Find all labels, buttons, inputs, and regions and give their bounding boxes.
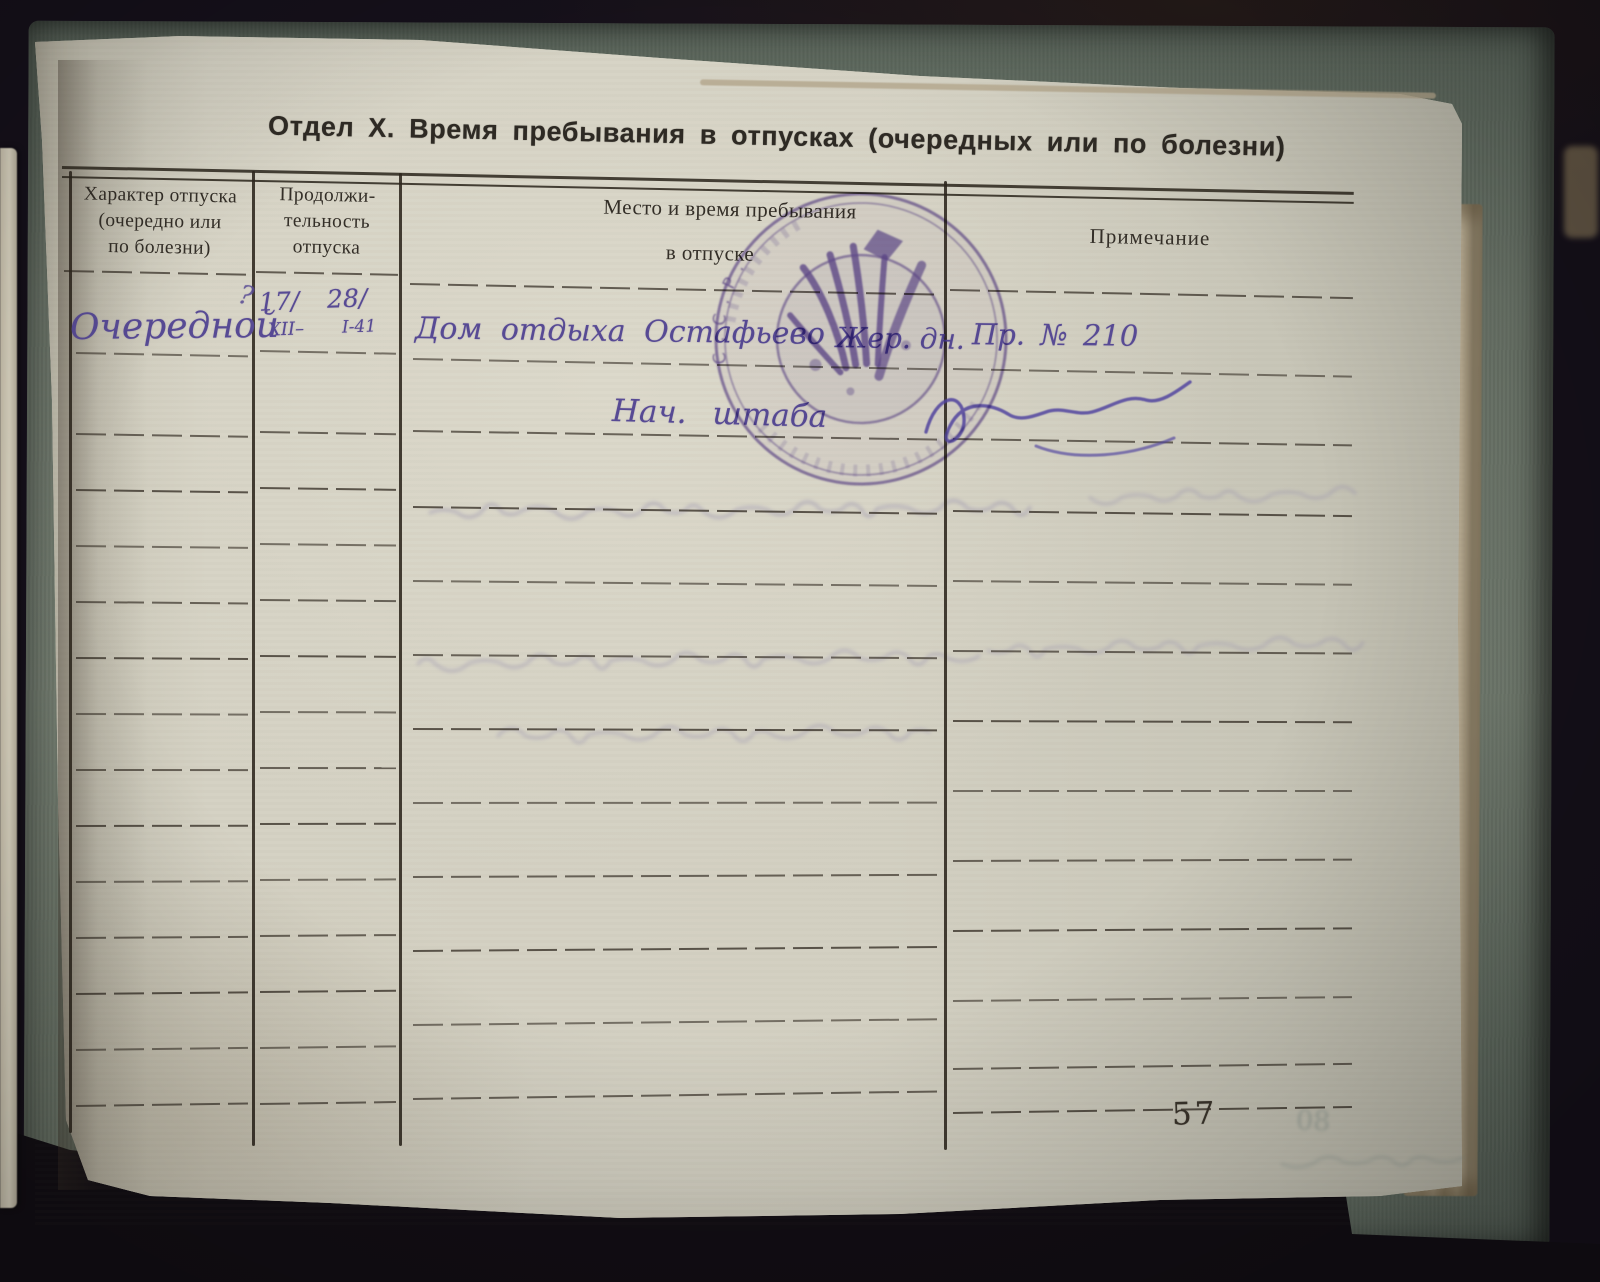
table-rule-line xyxy=(260,487,396,491)
table-rule-line xyxy=(953,720,1352,723)
table-rule-line xyxy=(76,769,248,771)
table-rule-line xyxy=(260,823,396,825)
header-line: Характер отпуска xyxy=(70,181,250,210)
table-rule-line xyxy=(413,728,940,731)
table-rule-line xyxy=(260,1101,396,1105)
column-header-duration: Продолжи- тельность отпуска xyxy=(257,182,396,263)
table-rule-line xyxy=(76,713,248,716)
table-rule-line xyxy=(76,433,248,438)
table-rule-line xyxy=(413,506,940,515)
table-rule-line xyxy=(76,991,248,995)
entry-duration-from-month: XII– xyxy=(268,318,305,340)
table-rule-line xyxy=(260,543,396,547)
table-rule-line xyxy=(260,431,396,435)
table-rule-line xyxy=(260,350,396,355)
entry-duration-from-day: 17/ xyxy=(259,286,300,316)
header-line: (очередно или xyxy=(70,207,250,236)
table-rule-line xyxy=(413,1090,940,1100)
table-rule-line xyxy=(76,880,248,883)
table-rule-line xyxy=(953,1063,1352,1070)
table-rule-line xyxy=(260,655,396,658)
column-header-character: Характер отпуска (очередно или по болезн… xyxy=(69,181,250,262)
table-rule-line xyxy=(76,1102,248,1107)
entry-duration-to-month: I-41 xyxy=(342,316,377,337)
table-rule-line xyxy=(953,1106,1352,1114)
table-rule-line xyxy=(76,936,248,939)
table-rule-line xyxy=(76,545,248,549)
table-rule-line xyxy=(260,1045,396,1049)
table-rule-line xyxy=(260,878,396,881)
photo-scene: Отдел X. Время пребывания в отпусках (оч… xyxy=(0,0,1600,1282)
table-rule-line xyxy=(260,711,396,713)
table-rule-line xyxy=(260,990,396,993)
table-rule-line xyxy=(256,271,398,276)
page-number: 57 xyxy=(1172,1095,1218,1132)
header-line: по болезни) xyxy=(69,233,249,262)
header-line: тельность xyxy=(258,208,396,237)
table-rule-line xyxy=(953,580,1352,586)
table-rule-line xyxy=(260,599,396,602)
table-rule-line xyxy=(953,859,1352,862)
table-rule-line xyxy=(413,654,940,659)
header-line: отпуска xyxy=(257,234,395,263)
table-rule-line xyxy=(413,946,940,952)
table-rule-line xyxy=(413,874,940,878)
table-rule-line xyxy=(413,802,940,804)
table-rule-line xyxy=(953,790,1352,792)
table-rule-line xyxy=(953,650,1352,655)
round-stamp: С.С.Р. xyxy=(678,171,1044,506)
table-rule-line xyxy=(76,825,248,827)
table-rule-line xyxy=(413,580,940,587)
table-rule-line xyxy=(953,510,1352,517)
table-column-line xyxy=(399,173,402,1146)
table-rule-line xyxy=(76,489,248,493)
table-rule-line xyxy=(76,352,248,357)
table-rule-line xyxy=(76,601,248,604)
table-rule-line xyxy=(953,996,1352,1002)
table-rule-line xyxy=(260,767,396,769)
header-line: Продолжи- xyxy=(258,182,396,211)
entry-duration-to-day: 28/ xyxy=(327,283,368,313)
table-rule-line xyxy=(413,1018,940,1026)
table-rule-line xyxy=(76,657,248,660)
table-rule-line xyxy=(64,270,250,276)
table-rule-line xyxy=(953,927,1352,932)
table-rule-line xyxy=(76,1047,248,1051)
table-rule-line xyxy=(260,934,396,937)
